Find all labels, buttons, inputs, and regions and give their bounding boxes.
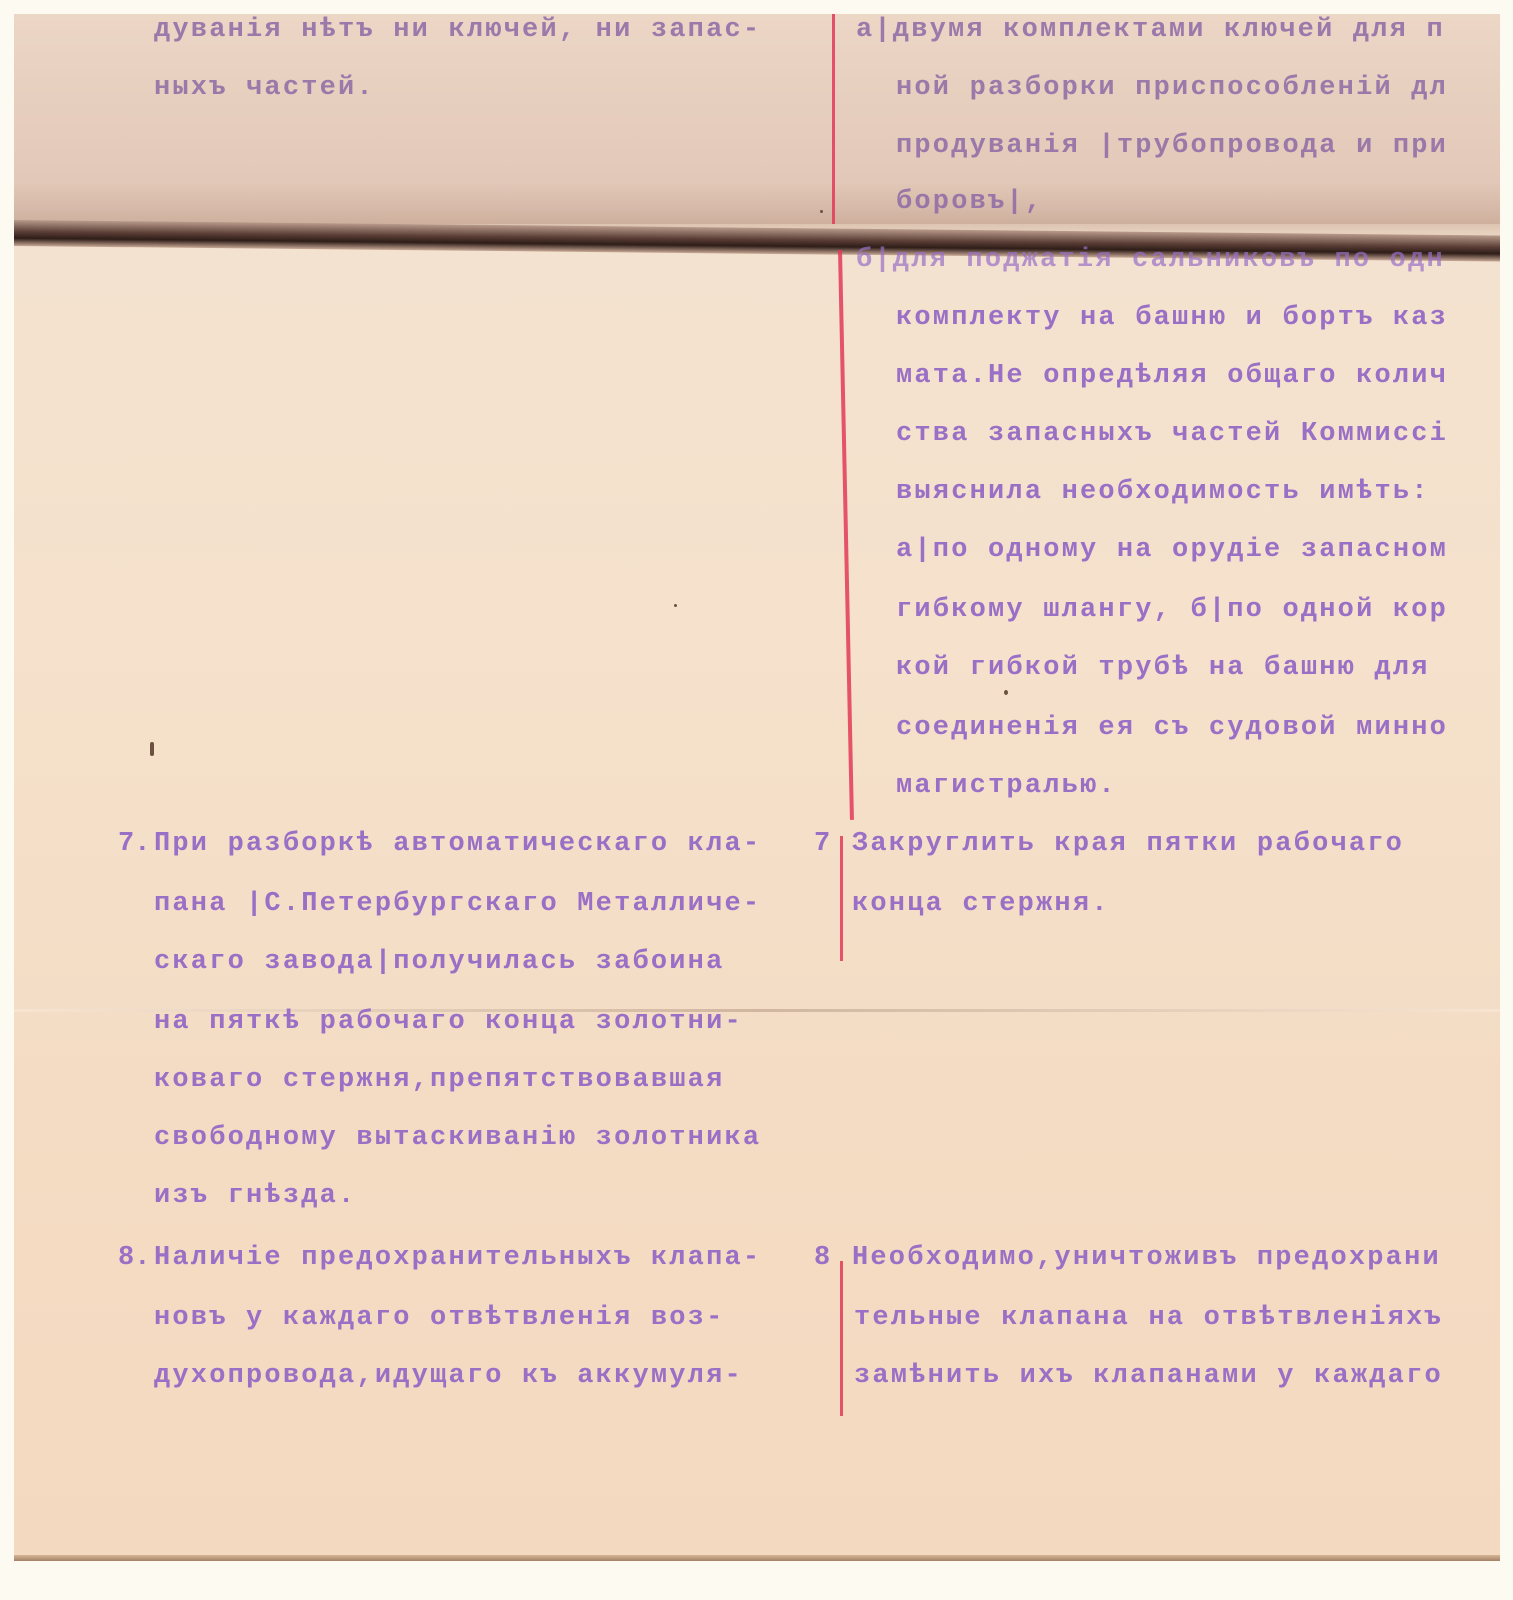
item-7-number-right: 7 (814, 828, 830, 860)
left-top-line-2: ныхъ частей. (154, 72, 375, 104)
item-7-left-line-5: коваго стержня,препятствовавшая (154, 1064, 724, 1096)
item-8-right-line-1: Необходимо,уничтоживъ предохрани (852, 1242, 1441, 1274)
paper-speck (674, 604, 677, 607)
item-8-right-line-3: замѣнить ихъ клапанами у каждаго (854, 1360, 1443, 1392)
right-line-1: а|двумя комплектами ключей для п (856, 14, 1445, 46)
item-7-right-line-2: конца стержня. (852, 888, 1110, 920)
right-line-8: ства запасныхъ частей Коммиссі (896, 418, 1448, 450)
paper-speck (1004, 690, 1008, 695)
red-margin-line-middle (838, 250, 854, 820)
item-7-number-left: 7. (118, 828, 150, 860)
document-sheet: дуванія нѣтъ ни ключей, ни запас- ныхъ ч… (14, 14, 1500, 1561)
right-line-12: кой гибкой трубѣ на башню для (896, 652, 1430, 684)
left-top-line-1: дуванія нѣтъ ни ключей, ни запас- (154, 14, 761, 46)
item-7-left-line-2: пана |С.Петербургскаго Металличе- (154, 888, 761, 920)
red-margin-line-item-8 (840, 1261, 843, 1416)
right-line-9: выяснила необходимость имѣть: (896, 476, 1430, 508)
right-line-6: комплекту на башню и бортъ каз (896, 302, 1448, 334)
item-8-number-right: 8 (814, 1242, 830, 1274)
right-line-4: боровъ|, (896, 186, 1043, 218)
item-7-left-line-4: на пяткѣ рабочаго конца золотни- (154, 1006, 743, 1038)
red-margin-line-top (832, 14, 835, 224)
item-7-left-line-1: При разборкѣ автоматическаго кла- (154, 828, 761, 860)
right-line-2: ной разборки приспособленій дл (896, 72, 1448, 104)
paper-speck (150, 742, 154, 756)
right-line-13: соединенія ея съ судовой минно (896, 712, 1448, 744)
item-7-left-line-3: скаго завода|получилась забоина (154, 946, 724, 978)
item-8-left-line-1: Наличіе предохранительныхъ клапа- (154, 1242, 761, 1274)
paper-bottom-edge (14, 1555, 1500, 1561)
right-line-11: гибкому шлангу, б|по одной кор (896, 594, 1448, 626)
item-8-left-line-2: новъ у каждаго отвѣтвленія воз- (154, 1302, 724, 1334)
right-line-10: а|по одному на орудіе запасном (896, 534, 1448, 566)
paper-speck (820, 210, 823, 213)
item-7-left-line-6: свободному вытаскиванію золотника (154, 1122, 761, 1154)
right-line-5: б|для поджатія сальниковъ по одн (856, 244, 1445, 276)
right-line-14: магистралью. (896, 770, 1117, 802)
item-8-left-line-3: духопровода,идущаго къ аккумуля- (154, 1360, 743, 1392)
right-line-3: продуванія |трубопровода и при (896, 130, 1448, 162)
item-7-right-line-1: Закруглить края пятки рабочаго (852, 828, 1404, 860)
item-8-right-line-2: тельные клапана на отвѣтвленіяхъ (854, 1302, 1443, 1334)
item-8-number-left: 8. (118, 1242, 150, 1274)
item-7-left-line-7: изъ гнѣзда. (154, 1180, 356, 1212)
right-line-7: мата.Не опредѣляя общаго колич (896, 360, 1448, 392)
red-margin-line-item-7 (840, 836, 843, 961)
